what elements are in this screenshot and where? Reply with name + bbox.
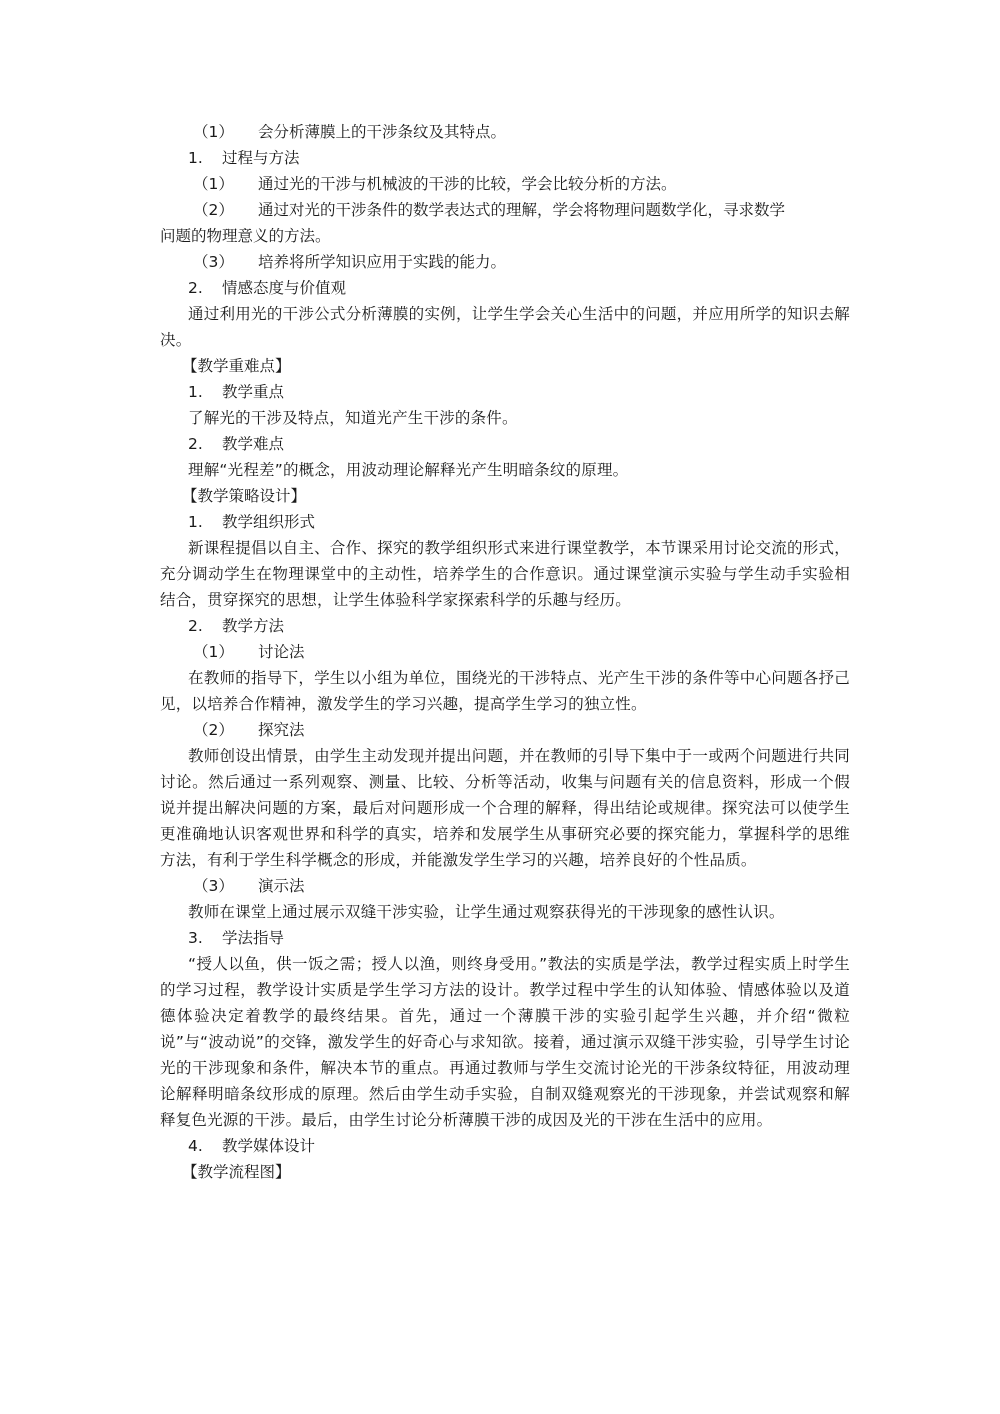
item-continuation: 问题的物理意义的方法。 (160, 223, 850, 249)
section-heading: 1.教学重点 (160, 379, 850, 405)
paragraph: 在教师的指导下，学生以小组为单位，围绕光的干涉特点、光产生干涉的条件等中心问题各… (160, 665, 850, 717)
objective-item: （1）通过光的干涉与机械波的干涉的比较，学会比较分析的方法。 (160, 171, 850, 197)
list-marker: 4. (188, 1133, 222, 1159)
list-marker: 1. (188, 145, 222, 171)
paragraph: 理解“光程差”的概念，用波动理论解释光产生明暗条纹的原理。 (160, 457, 850, 483)
list-marker: （3） (193, 249, 258, 275)
list-marker: 2. (188, 275, 222, 301)
paragraph: 教师在课堂上通过展示双缝干涉实验，让学生通过观察获得光的干涉现象的感性认识。 (160, 899, 850, 925)
heading-text: 教学难点 (222, 435, 284, 453)
heading-text: 学法指导 (222, 929, 284, 947)
section-title: 【教学流程图】 (160, 1159, 850, 1185)
section-heading: 2.情感态度与价值观 (160, 275, 850, 301)
objective-item: （2）通过对光的干涉条件的数学表达式的理解，学会将物理问题数学化，寻求数学 (160, 197, 850, 223)
section-heading: 4.教学媒体设计 (160, 1133, 850, 1159)
heading-text: 情感态度与价值观 (222, 279, 346, 297)
section-heading: 1.教学组织形式 (160, 509, 850, 535)
heading-text: 教学方法 (222, 617, 284, 635)
list-marker: （1） (193, 639, 258, 665)
paragraph: 新课程提倡以自主、合作、探究的教学组织形式来进行课堂教学，本节课采用讨论交流的形… (160, 535, 850, 613)
list-marker: （2） (193, 197, 258, 223)
method-item: （3）演示法 (160, 873, 850, 899)
item-text: 通过对光的干涉条件的数学表达式的理解，学会将物理问题数学化，寻求数学 (258, 201, 785, 219)
item-text: 探究法 (258, 721, 305, 739)
list-marker: （3） (193, 873, 258, 899)
heading-text: 教学媒体设计 (222, 1137, 315, 1155)
method-item: （1）讨论法 (160, 639, 850, 665)
section-title: 【教学策略设计】 (160, 483, 850, 509)
document-page: （1）会分析薄膜上的干涉条纹及其特点。 1.过程与方法 （1）通过光的干涉与机械… (160, 119, 850, 1185)
section-title: 【教学重难点】 (160, 353, 850, 379)
list-marker: （2） (193, 717, 258, 743)
list-marker: 1. (188, 379, 222, 405)
item-text: 演示法 (258, 877, 305, 895)
paragraph: 教师创设出情景，由学生主动发现并提出问题，并在教师的引导下集中于一或两个问题进行… (160, 743, 850, 873)
item-text: 培养将所学知识应用于实践的能力。 (258, 253, 506, 271)
item-text: 会分析薄膜上的干涉条纹及其特点。 (258, 123, 506, 141)
list-marker: 2. (188, 431, 222, 457)
list-marker: 3. (188, 925, 222, 951)
list-marker: 1. (188, 509, 222, 535)
list-marker: （1） (193, 171, 258, 197)
item-text: 讨论法 (258, 643, 305, 661)
objective-item: （3）培养将所学知识应用于实践的能力。 (160, 249, 850, 275)
section-heading: 2.教学方法 (160, 613, 850, 639)
heading-text: 教学组织形式 (222, 513, 315, 531)
heading-text: 教学重点 (222, 383, 284, 401)
objective-item: （1）会分析薄膜上的干涉条纹及其特点。 (160, 119, 850, 145)
paragraph: “授人以鱼，供一饭之需；授人以渔，则终身受用。”教法的实质是学法，教学过程实质上… (160, 951, 850, 1133)
method-item: （2）探究法 (160, 717, 850, 743)
list-marker: （1） (193, 119, 258, 145)
item-text: 通过光的干涉与机械波的干涉的比较，学会比较分析的方法。 (258, 175, 677, 193)
section-heading: 3.学法指导 (160, 925, 850, 951)
section-heading: 2.教学难点 (160, 431, 850, 457)
paragraph: 了解光的干涉及特点，知道光产生干涉的条件。 (160, 405, 850, 431)
heading-text: 过程与方法 (222, 149, 300, 167)
paragraph: 通过利用光的干涉公式分析薄膜的实例，让学生学会关心生活中的问题，并应用所学的知识… (160, 301, 850, 353)
list-marker: 2. (188, 613, 222, 639)
section-heading: 1.过程与方法 (160, 145, 850, 171)
